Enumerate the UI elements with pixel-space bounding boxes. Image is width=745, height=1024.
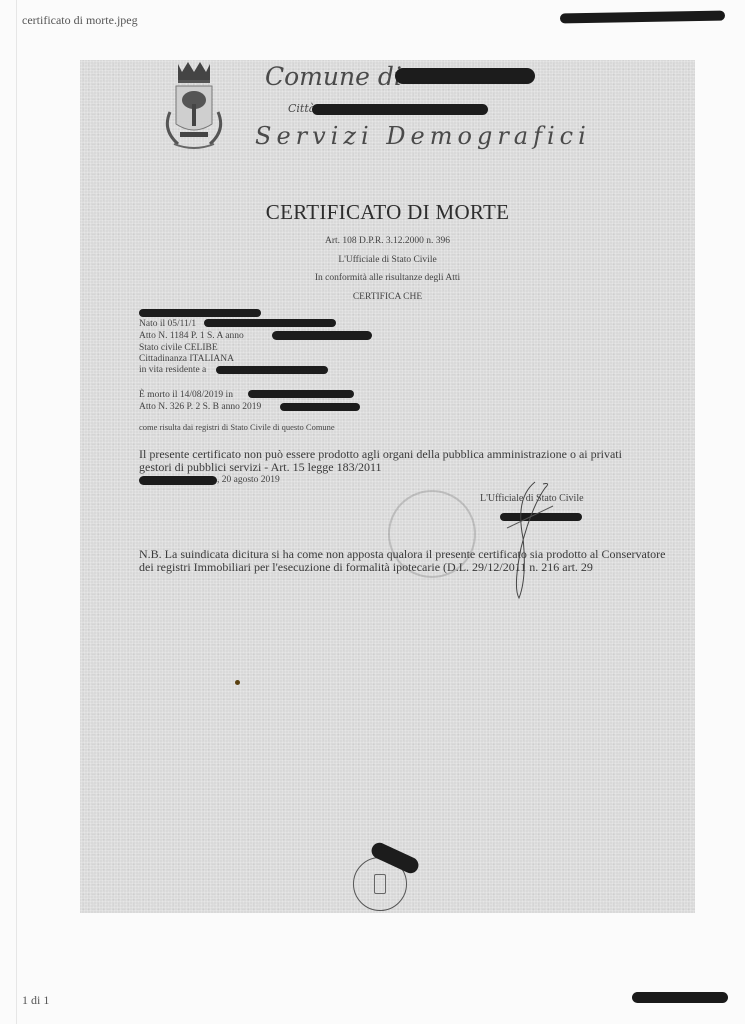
certifies-line: CERTIFICA CHE: [80, 292, 695, 302]
redacted-birth-act: [272, 331, 372, 340]
redacted-death-place: [248, 390, 354, 398]
redacted-comune: [395, 68, 535, 84]
redacted-citta: [312, 104, 488, 115]
page-edge: [16, 0, 17, 1024]
birth-act-line: Atto N. 1184 P. 1 S. A anno: [139, 331, 244, 341]
file-name: certificato di morte.jpeg: [22, 13, 138, 28]
signature-icon: [505, 478, 555, 603]
redacted-place: [139, 476, 217, 485]
department-name: Servizi Demografici: [255, 122, 591, 150]
death-act-line: Atto N. 326 P. 2 S. B anno 2019: [139, 402, 261, 412]
registry-note: come risulta dai registri di Stato Civil…: [139, 422, 335, 432]
residence-line: in vita residente a: [139, 365, 206, 375]
redacted-birth: [204, 319, 336, 327]
civil-status: Stato civile CELIBE: [139, 343, 218, 353]
conformity-line: In conformità alle risultanze degli Atti: [80, 273, 695, 283]
officer-line: L'Ufficiale di Stato Civile: [80, 255, 695, 265]
certificate-title: CERTIFICATO DI MORTE: [80, 200, 695, 225]
redacted-url: [560, 11, 725, 24]
redacted-footer: [632, 992, 728, 1003]
comune-label: Comune di: [265, 62, 402, 91]
citizenship: Cittadinanza ITALIANA: [139, 354, 234, 364]
birth-line: Nato il 05/11/1: [139, 319, 196, 329]
redacted-death-act: [280, 403, 360, 411]
redacted-name: [139, 309, 261, 317]
certificate-page: Comune di Città Servizi Demografici CERT…: [80, 60, 695, 913]
legal-reference: Art. 108 D.P.R. 3.12.2000 n. 396: [80, 236, 695, 246]
municipal-crest-icon: [158, 60, 230, 152]
paper-speck: [235, 680, 240, 685]
redacted-residence: [216, 366, 328, 374]
page-indicator: 1 di 1: [22, 993, 49, 1008]
nb-notice: N.B. La suindicata dicitura si ha come n…: [139, 548, 679, 574]
death-line: È morto il 14/08/2019 in: [139, 390, 233, 400]
place-date: , 20 agosto 2019: [217, 475, 280, 485]
usage-notice: Il presente certificato non può essere p…: [139, 448, 639, 474]
